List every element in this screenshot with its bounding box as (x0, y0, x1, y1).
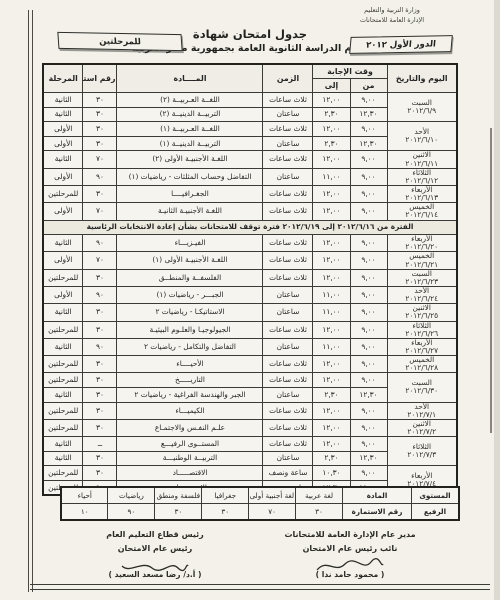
day-date-cell: السبت٢٠١٢/٦/٩ (387, 93, 457, 122)
stage-cell: الثانية (43, 437, 83, 452)
hl-form-cell: ٧٠ (249, 504, 296, 521)
duration-cell: ثلاث ساعات (263, 373, 313, 388)
form-no-cell: ٧٠ (83, 203, 117, 220)
time-from-cell: ٩,٠٠ (350, 466, 387, 481)
stage-cell: الثانية (43, 151, 83, 168)
stage-cell: الثانية (43, 304, 83, 321)
time-to-cell: ١٢,٠٠ (313, 122, 350, 137)
subject-cell: التربيــة الدينيــة (٢) (117, 107, 263, 122)
hl-subject-label: المادة (343, 487, 412, 504)
signature-block-left: رئيس قطاع التعليم العام رئيس عام الامتحا… (70, 528, 240, 582)
form-no-cell: ٩٠ (83, 235, 117, 252)
subject-cell: الجغـرافيــــا (117, 185, 263, 202)
stage-cell: للمرحلتين (43, 373, 83, 388)
schedule-row: السبت٢٠١٢/٦/٩٩,٠٠١٢,٠٠ثلاث ساعاتاللغــة … (43, 93, 457, 108)
duration-cell: ساعتان (263, 168, 313, 185)
time-to-cell: ١١,٠٠ (313, 286, 350, 303)
form-no-cell: ٣٠ (83, 321, 117, 338)
notice-text: الفترة من ٢٠١٢/٦/١٦ إلى ٢٠١٢/٦/١٩ فترة ت… (43, 220, 457, 235)
time-from-cell: ٩,٠٠ (350, 269, 387, 286)
notice-row: الفترة من ٢٠١٢/٦/١٦ إلى ٢٠١٢/٦/١٩ فترة ت… (43, 220, 457, 235)
schedule-row: السبت٢٠١٢/٦/٢٣٩,٠٠١٢,٠٠ثلاث ساعاتالفلسفـ… (43, 269, 457, 286)
time-from-cell: ٩,٠٠ (350, 235, 387, 252)
time-from-cell: ٩,٠٠ (350, 93, 387, 108)
subject-cell: التفاضل والتكامل - رياضيات ٢ (117, 338, 263, 355)
date-value: ٢٠١٢/٦/٩ (389, 107, 456, 115)
sig-left-role: رئيس عام الامتحان (70, 542, 240, 556)
time-from-cell: ٩,٠٠ (350, 286, 387, 303)
time-to-cell: ١٢,٠٠ (313, 321, 350, 338)
time-to-cell: ١٢,٠٠ (313, 252, 350, 269)
time-from-cell: ٩,٠٠ (350, 338, 387, 355)
subject-cell: الجبر والهندسة الفراغية - رياضيات ٢ (117, 387, 263, 402)
header-from: من (350, 79, 387, 93)
date-value: ٢٠١٢/٦/١٢ (389, 177, 456, 185)
time-from-cell: ١٢,٣٠ (350, 107, 387, 122)
ministry-header: وزارة التربية والتعليم الإدارة العامة لل… (332, 6, 452, 26)
time-from-cell: ٩,٠٠ (350, 437, 387, 452)
stage-cell: الثانية (43, 235, 83, 252)
stage-cell: للمرحلتين (43, 466, 83, 481)
day-date-cell: الاثنين٢٠١٢/٧/٢ (387, 419, 457, 436)
time-to-cell: ٢,٣٠ (313, 451, 350, 466)
scan-edge-line (490, 128, 492, 433)
time-to-cell: ١٢,٠٠ (313, 373, 350, 388)
schedule-row: الخميس٢٠١٢/٦/١٤٩,٠٠١٢,٠٠ثلاث ساعاتاللغـة… (43, 203, 457, 220)
schedule-header: اليوم والتاريخ وقت الإجابة الزمن المــــ… (43, 64, 457, 93)
subject-cell: الجبـــر - رياضيات (١) (117, 286, 263, 303)
form-no-cell: ٣٠ (83, 304, 117, 321)
schedule-row: الخميس٢٠١٢/٦/٢٨٩,٠٠١٢,٠٠ثلاث ساعاتالأحيـ… (43, 356, 457, 373)
subject-cell: الفلسفــة والمنطــق (117, 269, 263, 286)
header-subject: المــــادة (117, 64, 263, 93)
subject-cell: الاقتصـــــاد (117, 466, 263, 481)
hl-level-top: المستوى (412, 487, 460, 504)
scanned-page: وزارة التربية والتعليم الإدارة العامة لل… (0, 0, 500, 600)
duration-cell: ثلاث ساعات (263, 419, 313, 436)
schedule-row: الأحد٢٠١٢/٦/١٠٩,٠٠١٢,٠٠ثلاث ساعاتاللغــة… (43, 122, 457, 137)
duration-cell: ساعتان (263, 286, 313, 303)
time-from-cell: ١٢,٣٠ (350, 451, 387, 466)
stage-cell: الأولى (43, 122, 83, 137)
schedule-row: الأربعاء٢٠١٢/٦/١٣٩,٠٠١٢,٠٠ثلاث ساعاتالجغ… (43, 185, 457, 202)
subject-cell: الفيـزيـــاء (117, 235, 263, 252)
date-value: ٢٠١٢/٧/٣ (389, 451, 456, 459)
schedule-row: الثلاثاء٢٠١٢/٦/٢٦٩,٠٠١٢,٠٠ثلاث ساعاتالجي… (43, 321, 457, 338)
form-no-cell: ــ (83, 437, 117, 452)
time-to-cell: ٢,٣٠ (313, 136, 350, 151)
date-value: ٢٠١٢/٦/١٤ (389, 211, 456, 219)
date-value: ٢٠١٢/٦/٢٥ (389, 312, 456, 320)
day-date-cell: الثلاثاء٢٠١٢/٦/١٢ (387, 168, 457, 185)
stage-cell: الأولى (43, 286, 83, 303)
duration-cell: ثلاث ساعات (263, 356, 313, 373)
form-no-cell: ٣٠ (83, 107, 117, 122)
duration-cell: ثلاث ساعات (263, 402, 313, 419)
form-no-cell: ٧٠ (83, 151, 117, 168)
duration-cell: ثلاث ساعات (263, 203, 313, 220)
stage-cell: الثانية (43, 451, 83, 466)
subject-cell: علـم النفـس والاجتمـاع (117, 419, 263, 436)
subject-cell: اللغــة العـربيــة (١) (117, 122, 263, 137)
schedule-row: الأربعاء٢٠١٢/٦/٢٧٩,٠٠١١,٠٠ساعتانالتفاضل … (43, 338, 457, 355)
duration-cell: ثلاث ساعات (263, 252, 313, 269)
subject-cell: الكيميـــاء (117, 402, 263, 419)
schedule-row: الأحد٢٠١٢/٦/٢٤٩,٠٠١١,٠٠ساعتانالجبـــر - … (43, 286, 457, 303)
hl-form-cell: ٣٠ (202, 504, 249, 521)
time-from-cell: ٩,٠٠ (350, 151, 387, 168)
day-date-cell: الأربعاء٢٠١٢/٦/٢٠ (387, 235, 457, 252)
form-no-cell: ٣٠ (83, 122, 117, 137)
duration-cell: ساعتان (263, 387, 313, 402)
subject-cell: اللغـة الأجنبيـة الثانيـة (117, 203, 263, 220)
stage-cell: الأولى (43, 168, 83, 185)
time-to-cell: ١٢,٠٠ (313, 235, 350, 252)
exam-schedule-table: اليوم والتاريخ وقت الإجابة الزمن المــــ… (44, 63, 458, 496)
stage-cell: الثانية (43, 93, 83, 108)
duration-cell: ساعتان (263, 338, 313, 355)
header-answer-time: وقت الإجابة (313, 64, 387, 79)
date-value: ٢٠١٢/٧/٢ (389, 428, 456, 436)
subject-cell: التربيــة الدينيــة (١) (117, 136, 263, 151)
time-to-cell: ١١,٠٠ (313, 338, 350, 355)
schedule-row: الثلاثاء٢٠١٢/٧/٣٩,٠٠١٢,٠٠ثلاث ساعاتالمست… (43, 437, 457, 452)
date-value: ٢٠١٢/٦/٢٤ (389, 295, 456, 303)
form-no-cell: ٣٠ (83, 387, 117, 402)
date-value: ٢٠١٢/٦/١٣ (389, 194, 456, 202)
time-from-cell: ٩,٠٠ (350, 402, 387, 419)
form-no-cell: ٣٠ (83, 136, 117, 151)
header-stage: المرحلة (43, 64, 83, 93)
subject-cell: اللغـة الأجنبيـة الأولى (٢) (117, 151, 263, 168)
date-value: ٢٠١٢/٦/١١ (389, 160, 456, 168)
form-no-cell: ٩٠ (83, 168, 117, 185)
header-day-date: اليوم والتاريخ (387, 64, 457, 93)
date-value: ٢٠١٢/٧/١ (389, 411, 456, 419)
header-duration: الزمن (263, 64, 313, 93)
stage-cell: الثانية (43, 107, 83, 122)
duration-cell: ثلاث ساعات (263, 122, 313, 137)
date-value: ٢٠١٢/٦/٢٦ (389, 330, 456, 338)
day-date-cell: الأحد٢٠١٢/٧/١ (387, 402, 457, 419)
time-from-cell: ١٢,٣٠ (350, 387, 387, 402)
stage-cell: الثانية (43, 338, 83, 355)
schedule-row: الاثنين٢٠١٢/٦/٢٥٩,٠٠١١,٠٠ساعتانالاستاتيك… (43, 304, 457, 321)
hl-subject-row: المستوى المادة لغة عربيةلغة أجنبية أولىج… (61, 487, 459, 504)
day-date-cell: الأحد٢٠١٢/٦/٢٤ (387, 286, 457, 303)
time-from-cell: ٩,٠٠ (350, 252, 387, 269)
day-date-cell: الأربعاء٢٠١٢/٦/١٣ (387, 185, 457, 202)
day-date-cell: السبت٢٠١٢/٦/٢٣ (387, 269, 457, 286)
hl-subject-cell: لغة أجنبية أولى (249, 487, 296, 504)
round-badge: الدور الأول ٢٠١٢ (349, 35, 453, 54)
day-date-cell: الخميس٢٠١٢/٦/٢١ (387, 252, 457, 269)
schedule-row: الخميس٢٠١٢/٦/٢١٩,٠٠١٢,٠٠ثلاث ساعاتاللغـة… (43, 252, 457, 269)
time-from-cell: ٩,٠٠ (350, 168, 387, 185)
time-to-cell: ٢,٣٠ (313, 107, 350, 122)
form-no-cell: ٣٠ (83, 185, 117, 202)
date-value: ٢٠١٢/٦/١٠ (389, 136, 456, 144)
form-no-cell: ٩٠ (83, 286, 117, 303)
stage-cell: الأولى (43, 136, 83, 151)
duration-cell: ساعة ونصف (263, 466, 313, 481)
time-from-cell: ٩,٠٠ (350, 203, 387, 220)
signature-scribble-right (315, 558, 385, 574)
subject-cell: الاستاتيكـا - رياضيات ٢ (117, 304, 263, 321)
day-date-cell: الخميس٢٠١٢/٦/١٤ (387, 203, 457, 220)
form-no-cell: ٣٠ (83, 451, 117, 466)
header-to: إلى (313, 79, 350, 93)
stage-cell: للمرحلتين (43, 356, 83, 373)
form-no-cell: ٣٠ (83, 419, 117, 436)
sig-right-title: مدير عام الإدارة العامة للامتحانات (260, 528, 440, 542)
stage-cell: للمرحلتين (43, 402, 83, 419)
signature-block-right: مدير عام الإدارة العامة للامتحانات نائب … (260, 528, 440, 582)
time-from-cell: ٩,٠٠ (350, 373, 387, 388)
duration-cell: ثلاث ساعات (263, 269, 313, 286)
hl-form-cell: ٣٠ (296, 504, 343, 521)
schedule-row: الأحد٢٠١٢/٧/١٩,٠٠١٢,٠٠ثلاث ساعاتالكيميــ… (43, 402, 457, 419)
time-to-cell: ١٢,٠٠ (313, 269, 350, 286)
form-no-cell: ٣٠ (83, 402, 117, 419)
stage-cell: الأولى (43, 203, 83, 220)
duration-cell: ثلاث ساعات (263, 151, 313, 168)
day-date-cell: السبت٢٠١٢/٦/٣٠ (387, 373, 457, 402)
page-frame-left-line (28, 10, 33, 592)
stage-cell: للمرحلتين (43, 419, 83, 436)
ministry-line1: وزارة التربية والتعليم (332, 6, 452, 16)
day-date-cell: الثلاثاء٢٠١٢/٦/٢٦ (387, 321, 457, 338)
time-to-cell: ٢,٣٠ (313, 387, 350, 402)
form-no-cell: ٧٠ (83, 252, 117, 269)
subject-cell: الأحيــــاء (117, 356, 263, 373)
subject-cell: الجيولوجيـا والعلـوم البيئيـة (117, 321, 263, 338)
day-date-cell: الثلاثاء٢٠١٢/٧/٣ (387, 437, 457, 466)
time-to-cell: ١٠,٣٠ (313, 466, 350, 481)
date-value: ٢٠١٢/٦/٣٠ (389, 387, 456, 395)
time-to-cell: ١٢,٠٠ (313, 437, 350, 452)
schedule-row: الاثنين٢٠١٢/٦/١١٩,٠٠١٢,٠٠ثلاث ساعاتاللغـ… (43, 151, 457, 168)
stages-badge: للمرحلتين (57, 32, 182, 51)
day-date-cell: الاثنين٢٠١٢/٦/١١ (387, 151, 457, 168)
schedule-row: الاثنين٢٠١٢/٧/٢٩,٠٠١٢,٠٠ثلاث ساعاتعلـم ا… (43, 419, 457, 436)
duration-cell: ساعتان (263, 136, 313, 151)
hl-subject-cell: لغة عربية (296, 487, 343, 504)
subject-cell: التاريـــــخ (117, 373, 263, 388)
signature-scribble-left (120, 558, 190, 574)
stage-cell: الثانية (43, 387, 83, 402)
schedule-body: السبت٢٠١٢/٦/٩٩,٠٠١٢,٠٠ثلاث ساعاتاللغــة … (43, 93, 457, 496)
stage-cell: للمرحلتين (43, 269, 83, 286)
day-date-cell: الأربعاء٢٠١٢/٦/٢٧ (387, 338, 457, 355)
form-no-cell: ٣٠ (83, 269, 117, 286)
day-date-cell: الأحد٢٠١٢/٦/١٠ (387, 122, 457, 151)
schedule-row: السبت٢٠١٢/٦/٣٠٩,٠٠١٢,٠٠ثلاث ساعاتالتاريـ… (43, 373, 457, 388)
date-value: ٢٠١٢/٦/٢٣ (389, 278, 456, 286)
hl-level-bottom: الرفيع (412, 504, 460, 521)
hl-subject-cell: جغرافيا (202, 487, 249, 504)
form-no-cell: ٩٠ (83, 338, 117, 355)
time-from-cell: ٩,٠٠ (350, 321, 387, 338)
stage-cell: للمرحلتين (43, 321, 83, 338)
subject-cell: اللغــة العـربيــة (٢) (117, 93, 263, 108)
date-value: ٢٠١٢/٦/٢٨ (389, 364, 456, 372)
time-from-cell: ٩,٠٠ (350, 122, 387, 137)
high-level-forms-table: المستوى المادة لغة عربيةلغة أجنبية أولىج… (60, 486, 460, 521)
header-form-no: رقم استمارة (83, 64, 117, 93)
time-to-cell: ١٢,٠٠ (313, 402, 350, 419)
scan-edge-strip (494, 0, 500, 600)
date-value: ٢٠١٢/٦/٢٠ (389, 243, 456, 251)
duration-cell: ساعتان (263, 451, 313, 466)
sig-left-title: رئيس قطاع التعليم العام (70, 528, 240, 542)
schedule-row: الأربعاء٢٠١٢/٦/٢٠٩,٠٠١٢,٠٠ثلاث ساعاتالفي… (43, 235, 457, 252)
date-value: ٢٠١٢/٦/٢٧ (389, 347, 456, 355)
hl-form-cell: ٩٠ (108, 504, 155, 521)
subject-cell: التربيــة الوطنيـــة (117, 451, 263, 466)
high-level-table: المستوى المادة لغة عربيةلغة أجنبية أولىج… (60, 486, 460, 521)
ministry-line2: الإدارة العامة للامتحانات (332, 16, 452, 26)
hl-form-row: الرفيع رقم الاستمارة ٣٠٧٠٣٠٣٠٩٠١٠ (61, 504, 459, 521)
duration-cell: ساعتان (263, 304, 313, 321)
time-from-cell: ٩,٠٠ (350, 356, 387, 373)
stage-cell: الأولى (43, 252, 83, 269)
form-no-cell: ٣٠ (83, 373, 117, 388)
time-to-cell: ١٢,٠٠ (313, 419, 350, 436)
time-to-cell: ١٢,٠٠ (313, 185, 350, 202)
hl-subject-cell: رياضيات (108, 487, 155, 504)
date-value: ٢٠١٢/٦/٢١ (389, 261, 456, 269)
time-from-cell: ٩,٠٠ (350, 304, 387, 321)
subject-cell: المستــوى الرفيـــع (117, 437, 263, 452)
page-frame-bottom-line (30, 584, 490, 590)
form-no-cell: ٣٠ (83, 93, 117, 108)
schedule-table: اليوم والتاريخ وقت الإجابة الزمن المــــ… (42, 63, 458, 496)
time-to-cell: ١١,٠٠ (313, 304, 350, 321)
schedule-row: الأربعاء٢٠١٢/٧/٤٩,٠٠١٠,٣٠ساعة ونصفالاقتص… (43, 466, 457, 481)
time-to-cell: ١٢,٠٠ (313, 356, 350, 373)
time-to-cell: ١٢,٠٠ (313, 151, 350, 168)
duration-cell: ثلاث ساعات (263, 437, 313, 452)
day-date-cell: الاثنين٢٠١٢/٦/٢٥ (387, 304, 457, 321)
subject-cell: اللغـة الأجنبيـة الأولى (١) (117, 252, 263, 269)
duration-cell: ثلاث ساعات (263, 185, 313, 202)
time-from-cell: ٩,٠٠ (350, 419, 387, 436)
hl-form-label: رقم الاستمارة (343, 504, 412, 521)
hl-subject-cell: فلسفة ومنطق (155, 487, 202, 504)
duration-cell: ثلاث ساعات (263, 93, 313, 108)
time-to-cell: ١١,٠٠ (313, 168, 350, 185)
hl-subject-cell: أحياء (61, 487, 108, 504)
schedule-row: الثلاثاء٢٠١٢/٦/١٢٩,٠٠١١,٠٠ساعتانالتفاضل … (43, 168, 457, 185)
time-from-cell: ١٢,٣٠ (350, 136, 387, 151)
day-date-cell: الخميس٢٠١٢/٦/٢٨ (387, 356, 457, 373)
duration-cell: ثلاث ساعات (263, 235, 313, 252)
sig-right-role: نائب رئيس عام الامتحان (260, 542, 440, 556)
stage-cell: للمرحلتين (43, 185, 83, 202)
subject-cell: التفاضل وحساب المثلثات - رياضيات (١) (117, 168, 263, 185)
hl-form-cell: ٣٠ (155, 504, 202, 521)
form-no-cell: ٣٠ (83, 356, 117, 373)
hl-form-cell: ١٠ (61, 504, 108, 521)
time-to-cell: ١٢,٠٠ (313, 93, 350, 108)
time-to-cell: ١٢,٠٠ (313, 203, 350, 220)
duration-cell: ثلاث ساعات (263, 321, 313, 338)
duration-cell: ساعتان (263, 107, 313, 122)
time-from-cell: ٩,٠٠ (350, 185, 387, 202)
form-no-cell: ٣٠ (83, 466, 117, 481)
